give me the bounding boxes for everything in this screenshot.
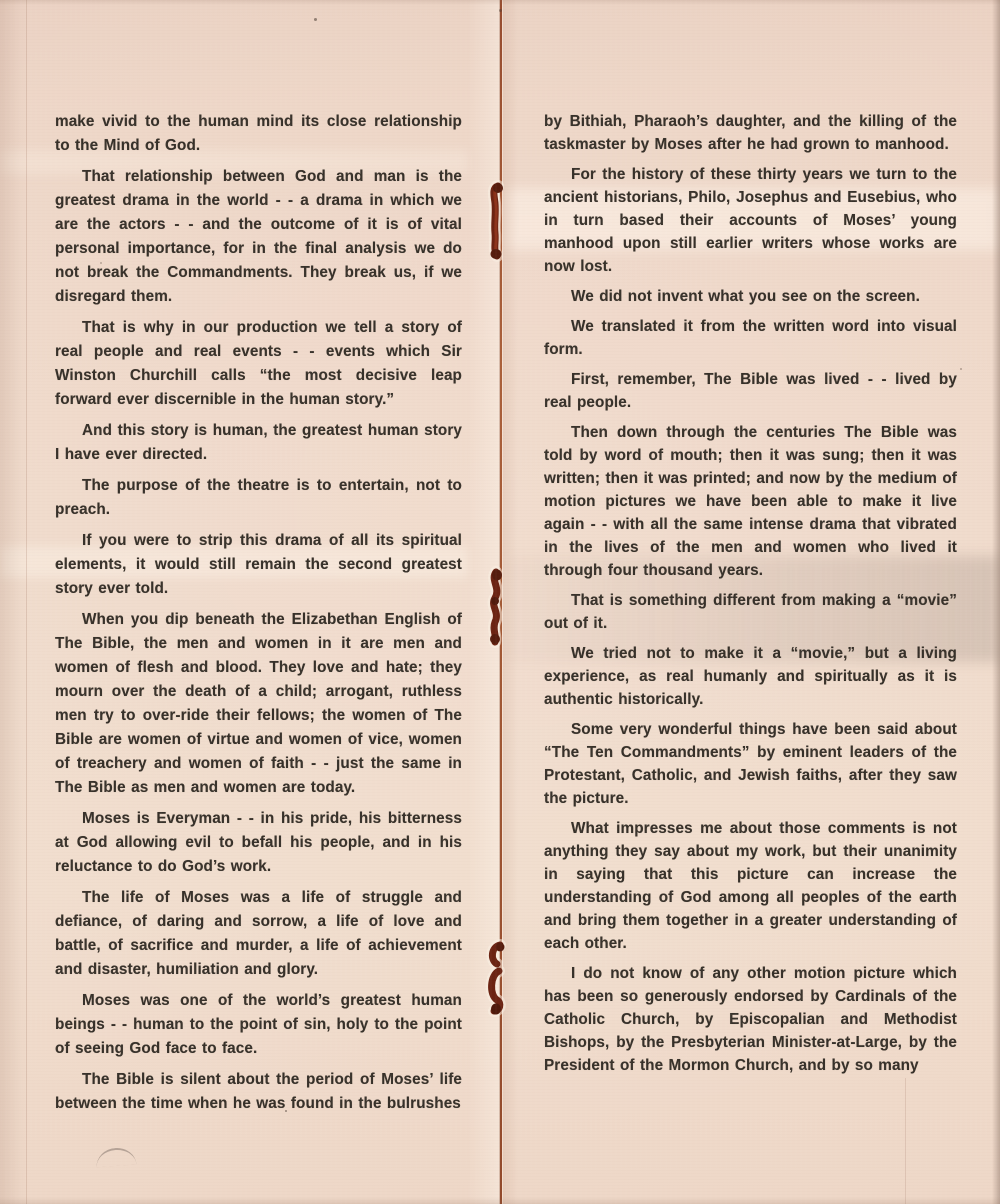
paper-speck <box>960 368 962 370</box>
underlying-page-edge <box>905 1078 906 1204</box>
paragraph: We did not invent what you see on the sc… <box>544 285 957 308</box>
paragraph: Moses is Everyman - - in his pride, his … <box>55 807 462 879</box>
paragraph: What impresses me about those comments i… <box>544 817 957 955</box>
paragraph: If you were to strip this drama of all i… <box>55 529 462 601</box>
paragraph: Moses was one of the world’s greatest hu… <box>55 989 462 1061</box>
left-scan-edge-shadow <box>0 0 28 1204</box>
paper-speck <box>499 9 502 12</box>
paper-speck <box>285 1110 287 1112</box>
pencil-mark <box>95 1147 136 1168</box>
paragraph: Some very wonderful things have been sai… <box>544 718 957 810</box>
paragraph: I do not know of any other motion pictur… <box>544 962 957 1077</box>
binding-stitch-thread <box>484 565 510 649</box>
paragraph: Then down through the centuries The Bibl… <box>544 421 957 582</box>
binding-stitch-thread <box>484 939 510 1023</box>
paragraph: First, remember, The Bible was lived - -… <box>544 368 957 414</box>
scanned-booklet-spread: make vivid to the human mind its close r… <box>0 0 1000 1204</box>
paragraph: make vivid to the human mind its close r… <box>55 110 462 158</box>
right-scan-edge-shadow <box>992 0 1000 1204</box>
underlying-page-edge <box>26 0 27 1204</box>
paragraph: That is why in our production we tell a … <box>55 316 462 412</box>
paragraph: We translated it from the written word i… <box>544 315 957 361</box>
paragraph: When you dip beneath the Elizabethan Eng… <box>55 608 462 800</box>
paragraph: The life of Moses was a life of struggle… <box>55 886 462 982</box>
paragraph: For the history of these thirty years we… <box>544 163 957 278</box>
right-page-text-column: by Bithiah, Pharaoh’s daughter, and the … <box>544 110 957 1084</box>
paragraph: That is something different from making … <box>544 589 957 635</box>
bottom-scan-edge-shadow <box>0 1197 1000 1204</box>
binding-stitch-thread <box>484 179 510 263</box>
top-scan-edge-shadow <box>0 0 1000 5</box>
paragraph: The purpose of the theatre is to enterta… <box>55 474 462 522</box>
paper-speck <box>78 586 80 588</box>
paragraph: We tried not to make it a “movie,” but a… <box>544 642 957 711</box>
paragraph: by Bithiah, Pharaoh’s daughter, and the … <box>544 110 957 156</box>
paragraph: That relationship between God and man is… <box>55 165 462 309</box>
paper-speck <box>314 18 317 21</box>
left-page-text-column: make vivid to the human mind its close r… <box>55 110 462 1123</box>
paragraph: The Bible is silent about the period of … <box>55 1068 462 1116</box>
paper-speck <box>100 262 102 264</box>
paragraph: And this story is human, the greatest hu… <box>55 419 462 467</box>
